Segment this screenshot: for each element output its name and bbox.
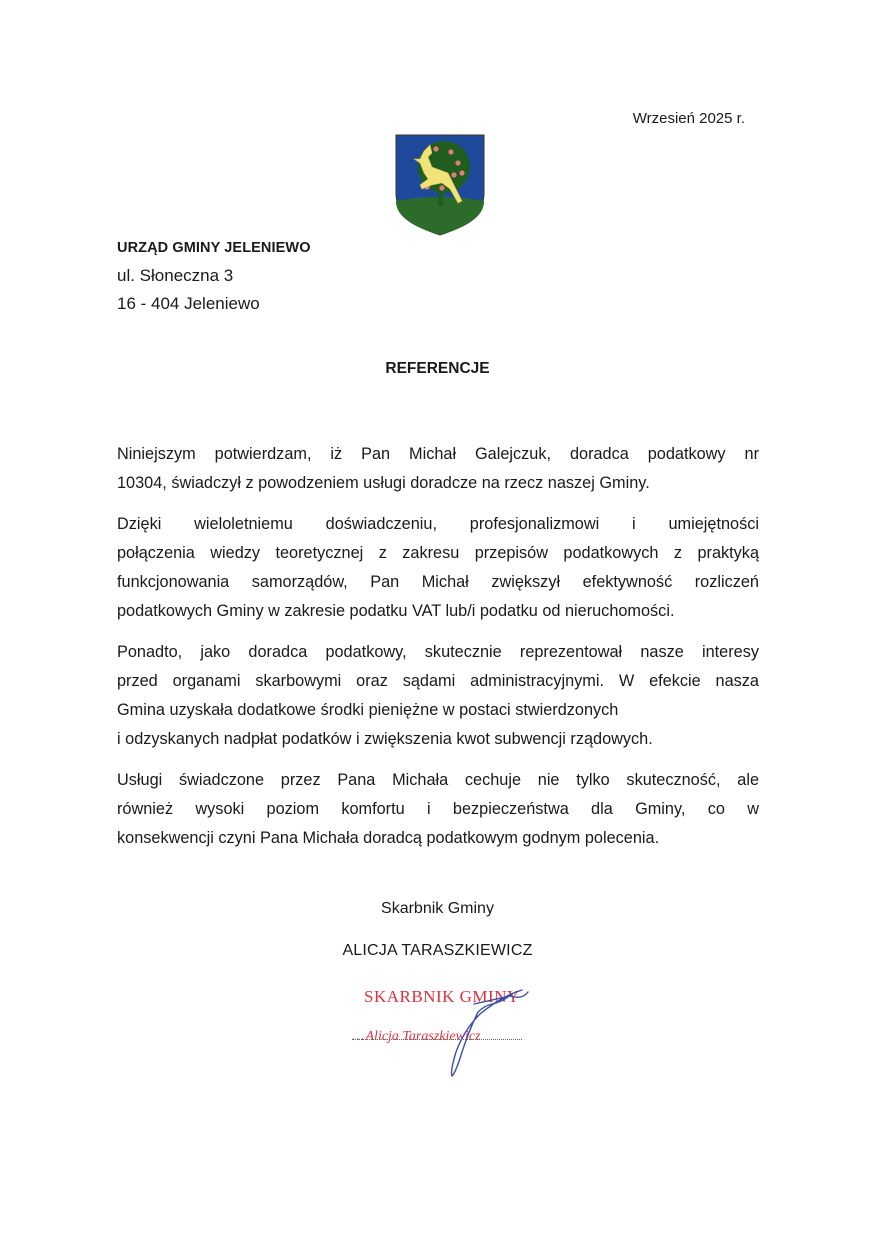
sender-street: ul. Słoneczna 3 <box>117 262 311 290</box>
paragraph-line: Usługi świadczone przez Pana Michała cec… <box>117 766 759 795</box>
sender-city: 16 - 404 Jeleniewo <box>117 290 311 318</box>
paragraph-line: i odzyskanych nadpłat podatków i zwiększ… <box>117 725 759 754</box>
coat-of-arms-deer-icon <box>394 133 486 237</box>
paragraph-3: Ponadto, jako doradca podatkowy, skutecz… <box>117 638 759 754</box>
signatory-name: ALICJA TARASZKIEWICZ <box>0 942 875 960</box>
signatory-role: Skarbnik Gminy <box>0 900 875 918</box>
paragraph-line: funkcjonowania samorządów, Pan Michał zw… <box>117 568 759 597</box>
paragraph-line: przed organami skarbowymi oraz sądami ad… <box>117 667 759 696</box>
document-title: REFERENCJE <box>0 360 875 378</box>
paragraph-line: Dzięki wieloletniemu doświadczeniu, prof… <box>117 510 759 539</box>
paragraph-line: Niniejszym potwierdzam, iż Pan Michał Ga… <box>117 440 759 469</box>
paragraph-line: podatkowych Gminy w zakresie podatku VAT… <box>117 597 759 626</box>
paragraph-line: połączenia wiedzy teoretycznej z zakresu… <box>117 539 759 568</box>
paragraph-line: konsekwencji czyni Pana Michała doradcą … <box>117 824 759 853</box>
paragraph-line: również wysoki poziom komfortu i bezpiec… <box>117 795 759 824</box>
paragraph-line: 10304, świadczył z powodzeniem usługi do… <box>117 469 759 498</box>
paragraph-4: Usługi świadczone przez Pana Michała cec… <box>117 766 759 853</box>
paragraph-2: Dzięki wieloletniemu doświadczeniu, prof… <box>117 510 759 626</box>
official-stamp: SKARBNIK GMINY ...Alicja Taraszkiewicz <box>352 982 552 1082</box>
letter-body: Niniejszym potwierdzam, iż Pan Michał Ga… <box>117 440 759 865</box>
handwritten-signature-icon <box>352 982 552 1082</box>
document-date: Wrzesień 2025 r. <box>633 110 745 127</box>
paragraph-line: Gmina uzyskała dodatkowe środki pieniężn… <box>117 696 759 725</box>
sender-address: URZĄD GMINY JELENIEWO ul. Słoneczna 3 16… <box>117 240 311 318</box>
paragraph-line: Ponadto, jako doradca podatkowy, skutecz… <box>117 638 759 667</box>
sender-organization: URZĄD GMINY JELENIEWO <box>117 240 311 256</box>
paragraph-1: Niniejszym potwierdzam, iż Pan Michał Ga… <box>117 440 759 498</box>
